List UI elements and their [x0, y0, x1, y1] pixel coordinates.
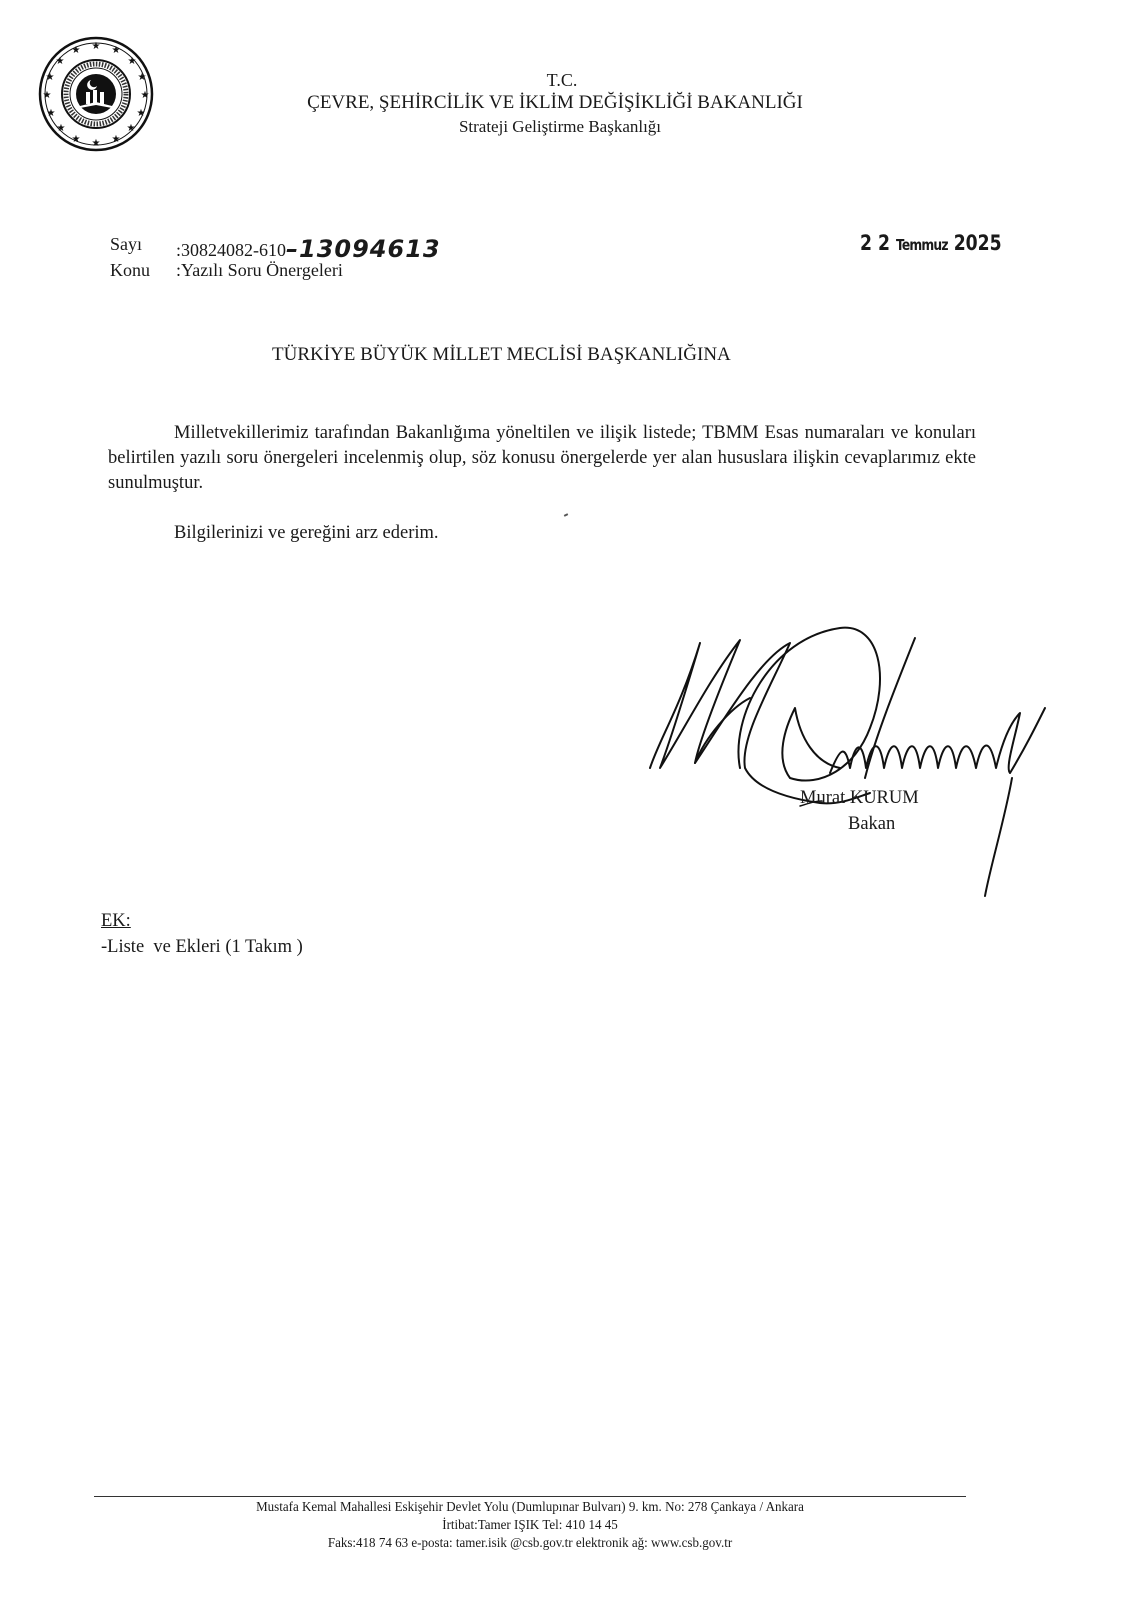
header-state: T.C.	[502, 70, 622, 91]
header-ministry: ÇEVRE, ŞEHİRCİLİK VE İKLİM DEĞİŞİKLİĞİ B…	[260, 92, 850, 114]
signer-title: Bakan	[848, 814, 895, 835]
svg-text:★: ★	[127, 123, 136, 134]
date-year: 2025	[954, 231, 1002, 255]
svg-text:★: ★	[56, 56, 65, 67]
closing-line: Bilgilerinizi ve gereğini arz ederim.	[174, 523, 439, 544]
svg-text:★: ★	[141, 90, 150, 101]
document-number: :30824082-610–13094613	[176, 234, 441, 262]
subject: :Yazılı Soru Önergeleri	[176, 260, 343, 281]
footer-divider	[94, 1496, 966, 1497]
footer-fax-email-web: Faks:418 74 63 e-posta: tamer.isik @csb.…	[125, 1536, 936, 1552]
date-day: 2 2	[860, 231, 890, 255]
svg-text:★: ★	[137, 108, 146, 119]
svg-text:★: ★	[112, 134, 121, 145]
signer-name: Murat KURUM	[800, 788, 919, 809]
sayi-label: Sayı	[110, 234, 142, 255]
attachments-label: EK:	[101, 911, 131, 932]
svg-text:★: ★	[92, 41, 101, 52]
svg-text:★: ★	[92, 138, 101, 149]
body-paragraph: Milletvekillerimiz tarafından Bakanlığım…	[108, 421, 976, 496]
svg-text:★: ★	[138, 72, 147, 83]
attachment-item: -Liste ve Ekleri (1 Takım )	[101, 937, 303, 958]
signature-icon	[640, 618, 1060, 898]
svg-text:★: ★	[43, 90, 52, 101]
footer-address: Mustafa Kemal Mahallesi Eskişehir Devlet…	[125, 1500, 936, 1516]
svg-text:★: ★	[112, 45, 121, 56]
scan-speck	[564, 513, 568, 517]
svg-text:★: ★	[47, 108, 56, 119]
konu-label: Konu	[110, 260, 150, 281]
svg-text:★: ★	[72, 45, 81, 56]
date-month: Temmuz	[896, 236, 948, 254]
addressee: TÜRKİYE BÜYÜK MİLLET MECLİSİ BAŞKANLIĞIN…	[272, 344, 731, 366]
svg-text:★: ★	[128, 56, 137, 67]
footer-contact: İrtibat:Tamer IŞIK Tel: 410 14 45	[125, 1518, 936, 1534]
svg-text:★: ★	[57, 123, 66, 134]
document-number-prefix: :30824082-610	[176, 240, 286, 260]
svg-text:★: ★	[72, 134, 81, 145]
document-number-handwritten: –13094613	[286, 235, 441, 263]
date-stamp: 2 2 Temmuz 2025	[860, 231, 1002, 255]
ministry-seal-icon: ★ ★ ★ ★ ★ ★ ★ ★ ★ ★ ★ ★ ★ ★ ★ ★	[36, 36, 156, 152]
header-department: Strateji Geliştirme Başkanlığı	[360, 117, 760, 137]
svg-text:★: ★	[46, 72, 55, 83]
